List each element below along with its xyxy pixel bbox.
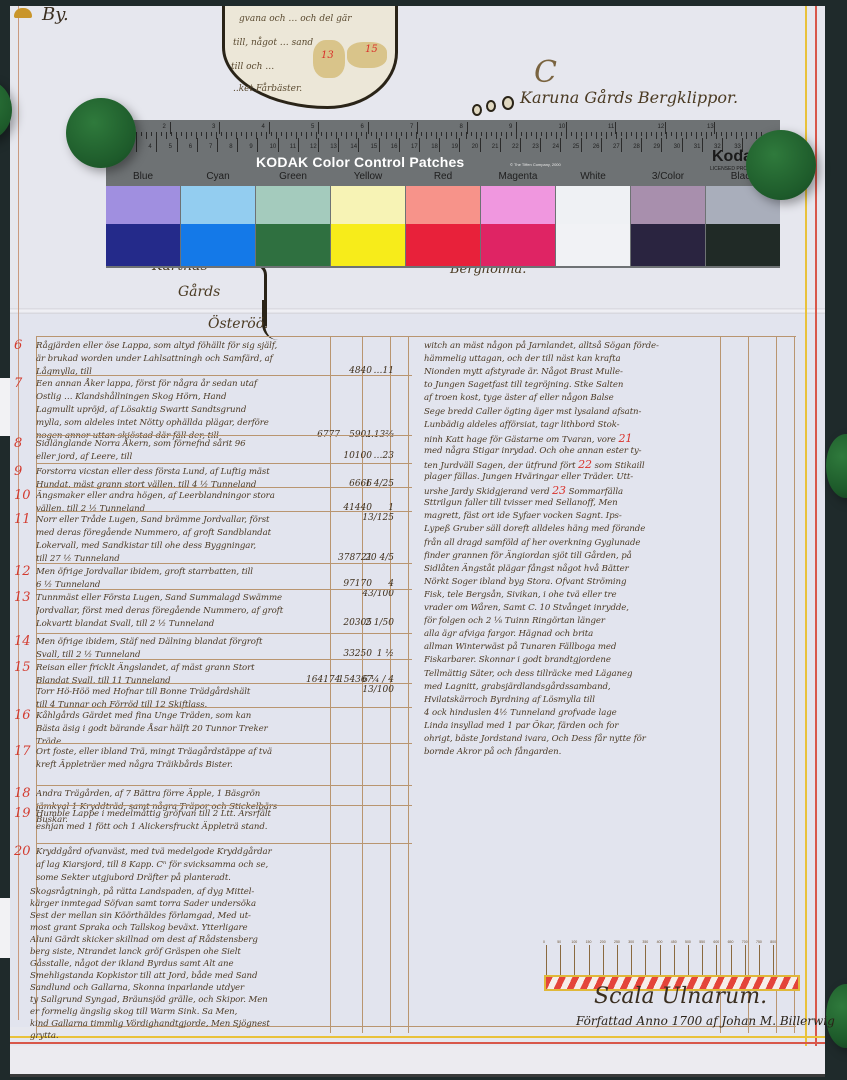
ruler-tick <box>311 132 312 136</box>
color-patch-dark <box>481 224 555 266</box>
map-label-karuna: Karuna Gårds Bergklippor. <box>520 88 738 107</box>
row-number: 15 <box>14 660 31 675</box>
row-divider <box>36 633 412 634</box>
right-column-line: witch an mäst någon på Jarnlandet, allts… <box>424 340 724 354</box>
row-text-line: Andra Trägården, af 7 Bättra förre Äpple… <box>36 788 326 802</box>
ruler-tick <box>286 132 287 139</box>
ruler-cm-label: 24 <box>552 144 559 150</box>
ledger-rule <box>36 336 796 337</box>
ruler-tick <box>318 122 319 134</box>
ruler-tick <box>611 132 612 136</box>
row-text-line: är brukad worden under Lahlsattningh och… <box>36 353 326 367</box>
ruler-cm-label: 26 <box>593 144 600 150</box>
ruler-tick <box>421 132 422 136</box>
ruler-tick <box>219 122 220 134</box>
row-text-line: Bästa äsig i godt bärande Åsar hälft 20 … <box>36 723 326 737</box>
color-patch-dark <box>406 224 480 266</box>
row-value-col3: …23 <box>360 451 394 461</box>
ruler-tick <box>636 132 637 139</box>
ruler-inch-label: 6 <box>361 124 364 130</box>
ruler-tick <box>521 132 522 136</box>
patch-label: White <box>556 171 630 182</box>
row-divider <box>36 805 412 806</box>
ruler-tick <box>197 138 198 152</box>
ruler-cm-label: 4 <box>148 144 151 150</box>
ruler-tick <box>751 132 752 136</box>
ruler-tick <box>146 132 147 139</box>
ruler-tick <box>161 132 162 136</box>
color-patch-dark <box>256 224 330 266</box>
ruler-tick <box>351 132 352 136</box>
color-patch-light <box>256 186 330 224</box>
island-text: till och … <box>231 62 274 72</box>
ruler-tick <box>391 132 392 136</box>
ruler-cm-label: 5 <box>169 144 172 150</box>
ledger-rule <box>408 336 409 1033</box>
ruler-cm-label: 10 <box>270 144 277 150</box>
row-text-line: af lag Kiarsjord, till 8 Kapp. Cⁿ för sv… <box>36 859 326 873</box>
ruler-tick <box>406 132 407 139</box>
row-divider <box>36 463 412 464</box>
row-number: 17 <box>14 744 31 759</box>
patch-label: Yellow <box>331 171 405 182</box>
ruler-tick <box>186 132 187 139</box>
ruler-tick <box>341 132 342 136</box>
compass-ornament-icon <box>14 8 32 18</box>
row-divider <box>36 707 412 708</box>
ruler-tick <box>686 132 687 139</box>
ruler-cm-label: 18 <box>431 144 438 150</box>
row-divider <box>36 487 412 488</box>
color-patch-dark <box>181 224 255 266</box>
ruler-tick <box>338 138 339 152</box>
chart-copyright: © The Tiffen Company, 2000 <box>510 162 561 167</box>
row-value-col3: 6 ¼ / 4 13/100 <box>360 675 394 695</box>
paragraph-line: grytta. <box>30 1030 326 1044</box>
ruler-tick <box>656 132 657 139</box>
right-column-line: Fiskarbarer. Skonnar i godt brandtgjorde… <box>424 654 724 668</box>
ruler-tick <box>501 132 502 136</box>
cross-reference-number: 22 <box>578 458 592 471</box>
ruler-cm-label: 8 <box>229 144 232 150</box>
row-divider <box>36 511 412 512</box>
row-number: 14 <box>14 634 31 649</box>
scale-tick <box>617 945 618 975</box>
scale-tick <box>631 945 632 975</box>
ruler-tick <box>476 132 477 139</box>
ruler-tick <box>436 132 437 139</box>
row-text-line: some Sekter utgjubord Dräfter på planter… <box>36 872 326 886</box>
ruler-tick <box>676 132 677 139</box>
color-patch-light <box>631 186 705 224</box>
island-map-area: gvana och … och del gär till, något … sa… <box>222 6 398 109</box>
ruler-tick <box>151 132 152 136</box>
magnet-weight <box>66 98 136 168</box>
row-text-line: Reisan eller fricklt Ängslandet, af mäst… <box>36 662 326 676</box>
row-text-line: Men öfrige Jordvallar ibidem, groft star… <box>36 566 326 580</box>
right-column-line: af troen kost, tyge äster af eller någon… <box>424 392 724 406</box>
right-column-line: Nionden mytt afstyrade är. Något Brast M… <box>424 366 724 380</box>
scale-tick-label: 300 <box>628 940 634 944</box>
cross-reference-number: 23 <box>552 484 566 497</box>
scale-tick-label: 50 <box>557 940 561 944</box>
right-column-line: från all dragd samföld af her overkning … <box>424 537 724 551</box>
row-number: 8 <box>14 436 22 451</box>
ruler-tick <box>711 132 712 136</box>
ruler-tick <box>641 138 642 152</box>
ruler-tick <box>646 132 647 139</box>
row-divider <box>36 785 412 786</box>
ruler-tick <box>371 132 372 136</box>
magnet-weight <box>826 434 847 498</box>
ruler-cm-label: 15 <box>371 144 378 150</box>
row-number: 12 <box>14 564 31 579</box>
color-patch-dark <box>106 224 180 266</box>
ruler-inch-label: 10 <box>559 124 566 130</box>
scale-tick <box>574 945 575 975</box>
ruler-tick <box>486 132 487 139</box>
right-column-line: allman Winterwäst på Tunaren Fällboga me… <box>424 641 724 655</box>
scale-tick <box>688 945 689 975</box>
row-divider <box>36 589 412 590</box>
ruler-tick <box>356 132 357 139</box>
scale-tick-label: 400 <box>657 940 663 944</box>
scale-tick-label: 0 <box>543 940 545 944</box>
scale-tick <box>603 945 604 975</box>
row-text-line: Men öfrige ibidem, Stäf ned Dälning blan… <box>36 636 326 650</box>
ruler-cm-label: 21 <box>492 144 499 150</box>
scale-tick <box>674 945 675 975</box>
cross-reference-number: 21 <box>618 432 632 445</box>
color-patch-light <box>481 186 555 224</box>
scale-tick-label: 100 <box>571 940 577 944</box>
scale-tick-label: 200 <box>600 940 606 944</box>
ruler-tick <box>298 138 299 152</box>
ruler-tick <box>459 138 460 152</box>
ruler-cm-label: 19 <box>451 144 458 150</box>
row-number: 6 <box>14 338 22 353</box>
patch-label: Blue <box>106 171 180 182</box>
ruler-cm-label: 23 <box>532 144 539 150</box>
map-label-gards: Gårds <box>178 284 220 300</box>
row-number: 16 <box>14 708 31 723</box>
row-text-line: 6 ½ Tunneland <box>36 579 326 593</box>
ruler-cm-label: 29 <box>653 144 660 150</box>
row-text-line: med deras föregående Nummero, af groft S… <box>36 527 326 541</box>
ruler-tick <box>721 132 722 136</box>
ruler-tick <box>446 132 447 139</box>
ruler-tick <box>480 138 481 152</box>
row-value-col3: 2 1/50 <box>360 618 394 628</box>
ruler-tick <box>526 132 527 139</box>
right-column-line: magrett, fäst ort ide Syfaer vocken Sagn… <box>424 510 724 524</box>
ruler-tick <box>716 132 717 139</box>
ruler-tick <box>246 132 247 139</box>
row-text-line: Lokervall, med Sandkistar till ohe dess … <box>36 540 326 554</box>
color-patch-light <box>406 186 480 224</box>
ruler-cm-label: 16 <box>391 144 398 150</box>
patch-label: Cyan <box>181 171 255 182</box>
ruler-cm-label: 17 <box>411 144 418 150</box>
color-patch-light <box>106 186 180 224</box>
ruler: 2345678910111213141516171819202122232425… <box>106 120 780 154</box>
ruler-tick <box>261 132 262 136</box>
island-text: till, något … sand <box>233 38 313 48</box>
ruler-tick <box>696 132 697 139</box>
ruler-tick <box>601 138 602 152</box>
ruler-inch-label: 5 <box>311 124 314 130</box>
ruler-tick <box>326 132 327 139</box>
right-column-line: Tellmättig Säter, och dess tillräcke med… <box>424 668 724 682</box>
ruler-tick <box>256 132 257 139</box>
row-text-line: Jordvallar, först med deras föregående N… <box>36 605 326 619</box>
paper-tab <box>0 378 10 436</box>
ruler-tick <box>451 132 452 136</box>
row-value-col3: 1 ½ <box>360 649 394 659</box>
ruler-tick <box>281 132 282 136</box>
row-number: 19 <box>14 806 31 821</box>
color-patch-dark <box>706 224 780 266</box>
row-text-line: Svall, till 2 ½ Tunneland <box>36 649 326 663</box>
color-patch-light <box>181 186 255 224</box>
ruler-tick <box>419 138 420 152</box>
ruler-cm-label: 20 <box>472 144 479 150</box>
ruler-tick <box>156 132 157 139</box>
right-column-line: med Lagnitt, grabsjärdlandsgårdssamband, <box>424 681 724 695</box>
ruler-tick <box>581 132 582 136</box>
right-column-line: Linda insyllad med 1 par Ökar, färden oc… <box>424 720 724 734</box>
ruler-tick <box>481 132 482 136</box>
ruler-tick <box>520 138 521 152</box>
row-text-line: Ostlig … Klandshållningen Skog Hörn, Han… <box>36 391 326 405</box>
ruler-tick <box>691 132 692 136</box>
row-number: 10 <box>14 488 31 503</box>
ruler-inch-label: 9 <box>509 124 512 130</box>
map-label-by: By. <box>42 4 69 25</box>
ruler-tick <box>276 132 277 139</box>
ruler-tick <box>531 132 532 136</box>
ruler-tick <box>321 132 322 136</box>
right-column-line: to Jungen Sagetfast till tegröjning. Stk… <box>424 379 724 393</box>
right-column-line: Fisk, tele Bergsån, Sivikan, i ohe tvä e… <box>424 589 724 603</box>
ruler-tick <box>336 132 337 139</box>
author-signature: Författad Anno 1700 af Johan M. Billerwi… <box>576 1014 835 1028</box>
ruler-tick <box>551 132 552 136</box>
ruler-inch-label: 11 <box>608 124 614 130</box>
patch-label: 3/Color <box>631 171 705 182</box>
row-value-col3: 20 4/5 <box>360 553 394 563</box>
ruler-tick <box>500 138 501 152</box>
scale-tick <box>731 945 732 975</box>
ruler-tick <box>506 132 507 139</box>
ruler-tick <box>661 132 662 136</box>
ruler-cm-label: 9 <box>249 144 252 150</box>
ruler-cm-label: 30 <box>674 144 681 150</box>
ledger-rule <box>794 336 795 1033</box>
right-column-line: för folgen och 2 ⅛ Tuinn Ringörtan länge… <box>424 615 724 629</box>
scale-tick <box>560 945 561 975</box>
ruler-tick <box>741 132 742 136</box>
row-text-line: Sidlänglande Norra Åkern, som förnefnd s… <box>36 438 326 452</box>
ruler-tick <box>231 132 232 136</box>
parcel-number: 13 <box>321 50 334 61</box>
ledger-rule <box>748 336 749 1033</box>
ruler-tick <box>399 138 400 152</box>
color-patch-dark <box>331 224 405 266</box>
ruler-tick <box>431 132 432 136</box>
scale-tick-label: 350 <box>642 940 648 944</box>
row-number: 13 <box>14 590 31 605</box>
ruler-tick <box>296 132 297 139</box>
ruler-cm-label: 7 <box>209 144 212 150</box>
ruler-tick <box>666 132 667 139</box>
ruler-tick <box>701 132 702 136</box>
color-patch-dark <box>556 224 630 266</box>
row-text-line: Norr eller Tråde Lugen, Sand brämme Jord… <box>36 514 326 528</box>
ruler-tick <box>566 132 567 139</box>
ruler-tick <box>621 138 622 152</box>
ruler-cm-label: 14 <box>350 144 357 150</box>
ruler-tick <box>561 132 562 136</box>
ruler-tick <box>156 138 157 152</box>
ruler-tick <box>376 132 377 139</box>
row-text-line: Rågjärden eller öse Lappa, som altyd föh… <box>36 340 326 354</box>
ruler-tick <box>176 132 177 139</box>
ruler-tick <box>591 132 592 136</box>
ruler-tick <box>496 132 497 139</box>
ruler-tick <box>361 132 362 136</box>
ruler-tick <box>511 132 512 136</box>
ruler-tick <box>671 132 672 136</box>
ruler-tick <box>257 138 258 152</box>
right-column-line: alla ägr afviga fargor. Hägnad och brita <box>424 628 724 642</box>
ruler-tick <box>358 138 359 152</box>
scale-tick-label: 450 <box>671 940 677 944</box>
island-text: ..ket Fårbäster. <box>233 84 302 94</box>
ruler-tick <box>166 132 167 139</box>
ruler-tick <box>491 132 492 136</box>
scale-tick-label: 650 <box>728 940 734 944</box>
color-patch-light <box>331 186 405 224</box>
row-number: 11 <box>14 512 31 527</box>
row-text-line: eshjan med 1 fött och 1 Alickersfruckt Ä… <box>36 821 326 835</box>
ruler-tick <box>196 132 197 139</box>
ruler-tick <box>596 132 597 139</box>
ruler-tick <box>306 132 307 139</box>
right-column-line: ohrigt, bäste Jordstand ivara, Och Dess … <box>424 733 724 747</box>
ruler-tick <box>181 132 182 136</box>
patch-label: Green <box>256 171 330 182</box>
ruler-tick <box>401 132 402 136</box>
ruler-cm-label: 28 <box>633 144 640 150</box>
ruler-cm-label: 11 <box>290 144 296 150</box>
ornament-letter: C <box>534 55 557 90</box>
ruler-tick <box>441 132 442 136</box>
scale-tick-label: 600 <box>713 940 719 944</box>
ruler-inch-label: 4 <box>262 124 265 130</box>
ruler-tick <box>206 132 207 139</box>
ruler-tick <box>141 132 142 136</box>
row-text-line: Humble Lappe i medelmåttig gröfvan till … <box>36 808 326 822</box>
ruler-tick <box>191 132 192 136</box>
row-text-line: Forstorra vicstan eller dess första Lund… <box>36 466 326 480</box>
scale-tick <box>645 945 646 975</box>
right-column-line: vrader om Wåren, Samt C. 10 Stvånget inr… <box>424 602 724 616</box>
ruler-tick <box>726 132 727 139</box>
ruler-cm-label: 6 <box>189 144 192 150</box>
ruler-tick <box>278 138 279 152</box>
ruler-tick <box>661 138 662 152</box>
row-text-line: Kryddgård ofvanväst, med tvä medelgode K… <box>36 846 326 860</box>
ruler-tick <box>237 138 238 152</box>
ruler-tick <box>516 132 517 139</box>
ruler-tick <box>271 132 272 136</box>
ruler-tick <box>702 138 703 152</box>
row-text-line: Een annan Åker lappa, först för några år… <box>36 378 326 392</box>
ruler-tick <box>379 138 380 152</box>
magnet-weight <box>746 130 816 200</box>
row-text-line: Tunnmäst eller Första Lugen, Sand Summal… <box>36 592 326 606</box>
row-text-line: Lagmullt upröjd, af Lösaktig Swartt Sand… <box>36 404 326 418</box>
ruler-cm-label: 31 <box>694 144 701 150</box>
patch-label: Red <box>406 171 480 182</box>
ruler-tick <box>318 138 319 152</box>
ruler-tick <box>681 132 682 136</box>
ruler-tick <box>731 132 732 136</box>
row-divider <box>36 743 412 744</box>
row-text-line: Kåhlgårds Gärdet med fina Unge Träden, s… <box>36 710 326 724</box>
ruler-tick <box>540 138 541 152</box>
right-column-line: Sidlåten Ängståt plägar fångst något hvå… <box>424 563 724 577</box>
scale-tick <box>773 945 774 975</box>
ruler-tick <box>651 132 652 136</box>
ruler-tick <box>616 132 617 139</box>
row-text-line: kreft Äppleträer med några Träikbårds Bi… <box>36 759 326 773</box>
ruler-tick <box>586 132 587 139</box>
ruler-tick <box>541 132 542 136</box>
scale-tick <box>546 945 547 975</box>
scale-tick <box>702 945 703 975</box>
ruler-inch-label: 13 <box>707 124 714 130</box>
ruler-tick <box>368 122 369 134</box>
ruler-tick <box>136 138 137 152</box>
ruler-cm-label: 13 <box>330 144 337 150</box>
row-divider <box>36 683 412 684</box>
ruler-tick <box>269 122 270 134</box>
right-column-line: Lypeß Gruber säll doreft alldeles häng m… <box>424 523 724 537</box>
ruler-tick <box>461 132 462 136</box>
ruler-tick <box>606 132 607 139</box>
ruler-tick <box>201 132 202 136</box>
ruler-tick <box>641 132 642 136</box>
ruler-inch-label: 2 <box>163 124 166 130</box>
ruler-tick <box>171 132 172 136</box>
ruler-tick <box>221 132 222 136</box>
ruler-tick <box>381 132 382 136</box>
ruler-tick <box>251 132 252 136</box>
kodak-color-chart: 2345678910111213141516171819202122232425… <box>106 120 780 268</box>
scale-tick <box>759 945 760 975</box>
ruler-inch-label: 7 <box>410 124 413 130</box>
row-text-line: Ängsmaker eller andra högen, af Leerblan… <box>36 490 326 504</box>
ruler-tick <box>439 138 440 152</box>
ruler-tick <box>736 132 737 139</box>
ruler-tick <box>316 132 317 139</box>
island-text: gvana och … och del gär <box>239 14 352 24</box>
row-text-line: mylla, som aldeles intet Nötty ophällda … <box>36 417 326 431</box>
scale-tick-label: 750 <box>756 940 762 944</box>
row-text-line: till 27 ½ Tunneland <box>36 553 326 567</box>
